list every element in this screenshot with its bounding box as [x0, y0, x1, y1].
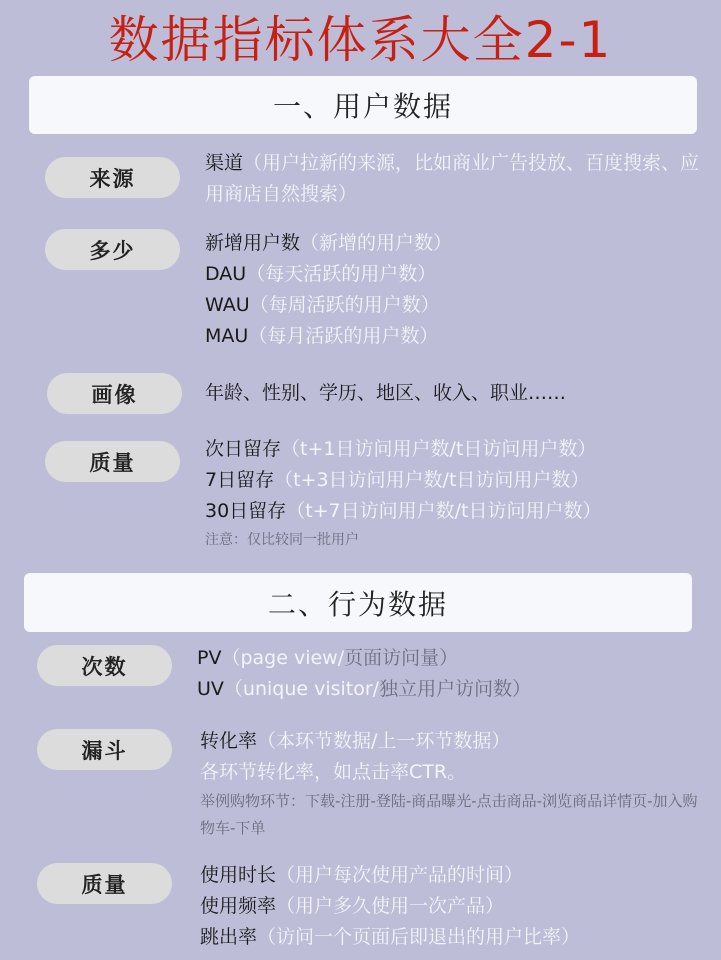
- metric-line: 年龄、性别、学历、地区、收入、职业……: [205, 378, 566, 409]
- metric-term: 使用频率: [200, 895, 276, 917]
- metric-description: （用户多久使用一次产品）: [276, 895, 504, 917]
- metric-description-en: （unique visitor/: [224, 678, 379, 700]
- metric-line: 转化率（本环节数据/上一环节数据）: [200, 726, 700, 757]
- metric-line: MAU（每月活跃的用户数）: [205, 321, 452, 352]
- category-pill-profile: 画像: [47, 373, 182, 414]
- pill-label: 多少: [90, 235, 136, 265]
- metric-description: （每天活跃的用户数）: [246, 263, 436, 285]
- category-pill-quality: 质量: [45, 441, 180, 482]
- metric-term: 渠道: [205, 152, 243, 174]
- category-pill-quality-behavior: 质量: [37, 863, 172, 904]
- metric-term: 跳出率: [200, 926, 257, 948]
- pill-label: 质量: [82, 869, 128, 899]
- metric-term: MAU: [205, 325, 248, 347]
- metric-line: 7日留存（t+3日访问用户数/t日访问用户数）: [205, 465, 602, 496]
- metric-term: 使用时长: [200, 864, 276, 886]
- metric-term: 30日留存: [205, 500, 286, 522]
- note-text: 举例购物环节：下载-注册-登陆-商品曝光-点击商品-浏览商品详情页-加入购物车-…: [200, 788, 700, 842]
- metric-description: （t+1日访问用户数/t日访问用户数）: [281, 438, 596, 460]
- pill-label: 质量: [90, 447, 136, 477]
- category-pill-funnel: 漏斗: [37, 729, 172, 770]
- metric-description: （用户拉新的来源，比如商业广告投放、百度搜索、应用商店自然搜索）: [205, 152, 699, 205]
- pill-label: 画像: [92, 379, 138, 409]
- section-header-user-data: 一、用户数据: [29, 76, 697, 134]
- metric-description-cn: 独立用户访问数）: [379, 678, 531, 700]
- metric-term: 转化率: [200, 730, 257, 752]
- metric-description: （新增的用户数）: [300, 232, 452, 254]
- metric-description-cn: 页面访问量）: [344, 647, 458, 669]
- group-source: 渠道（用户拉新的来源，比如商业广告投放、百度搜索、应用商店自然搜索）: [205, 148, 715, 210]
- metric-line: 使用时长（用户每次使用产品的时间）: [200, 860, 580, 891]
- metric-line: PV（page view/页面访问量）: [197, 643, 531, 674]
- group-usage-quality: 使用时长（用户每次使用产品的时间） 使用频率（用户多久使用一次产品） 跳出率（访…: [200, 860, 580, 953]
- group-funnel: 转化率（本环节数据/上一环节数据） 各环节转化率，如点击率CTR。 举例购物环节…: [200, 726, 700, 842]
- metric-description: （每月活跃的用户数）: [248, 325, 438, 347]
- metric-line: UV（unique visitor/独立用户访问数）: [197, 674, 531, 705]
- metric-description: （t+3日访问用户数/t日访问用户数）: [274, 469, 589, 491]
- metric-description: （本环节数据/上一环节数据）: [257, 730, 510, 752]
- section-header-behavior-data: 二、行为数据: [24, 573, 692, 632]
- metric-line: DAU（每天活跃的用户数）: [205, 259, 452, 290]
- section-header-label: 一、用户数据: [273, 85, 453, 125]
- note-text: 注意：仅比较同一批用户: [205, 527, 602, 553]
- metric-term: 新增用户数: [205, 232, 300, 254]
- metric-term: 次日留存: [205, 438, 281, 460]
- pill-label: 次数: [82, 651, 128, 681]
- metric-term: UV: [197, 678, 224, 700]
- category-pill-count: 次数: [37, 645, 172, 686]
- pill-label: 漏斗: [82, 735, 128, 765]
- metric-line: 渠道（用户拉新的来源，比如商业广告投放、百度搜索、应用商店自然搜索）: [205, 148, 715, 210]
- metric-description: （用户每次使用产品的时间）: [276, 864, 523, 886]
- metric-term: PV: [197, 647, 221, 669]
- metric-term: 年龄、性别、学历、地区、收入、职业……: [205, 382, 566, 404]
- metric-line: 次日留存（t+1日访问用户数/t日访问用户数）: [205, 434, 602, 465]
- category-pill-source: 来源: [45, 157, 180, 198]
- metric-line: 30日留存（t+7日访问用户数/t日访问用户数）: [205, 496, 602, 527]
- metric-description: （t+7日访问用户数/t日访问用户数）: [286, 500, 601, 522]
- metric-description: （访问一个页面后即退出的用户比率）: [257, 926, 580, 948]
- metric-term: 7日留存: [205, 469, 274, 491]
- group-retention: 次日留存（t+1日访问用户数/t日访问用户数） 7日留存（t+3日访问用户数/t…: [205, 434, 602, 553]
- metric-term: DAU: [205, 263, 246, 285]
- category-pill-quantity: 多少: [45, 229, 180, 270]
- metric-subline: 各环节转化率，如点击率CTR。: [200, 757, 700, 788]
- metric-description-en: （page view/: [221, 647, 344, 669]
- metric-line: 新增用户数（新增的用户数）: [205, 228, 452, 259]
- metric-description: （每周活跃的用户数）: [250, 294, 440, 316]
- group-count: PV（page view/页面访问量） UV（unique visitor/独立…: [197, 643, 531, 705]
- metric-term: WAU: [205, 294, 250, 316]
- group-quantity: 新增用户数（新增的用户数） DAU（每天活跃的用户数） WAU（每周活跃的用户数…: [205, 228, 452, 352]
- metric-line: 使用频率（用户多久使用一次产品）: [200, 891, 580, 922]
- group-profile: 年龄、性别、学历、地区、收入、职业……: [205, 378, 566, 409]
- pill-label: 来源: [90, 163, 136, 193]
- metric-line: WAU（每周活跃的用户数）: [205, 290, 452, 321]
- page-title: 数据指标体系大全2-1: [0, 8, 721, 72]
- section-header-label: 二、行为数据: [268, 583, 448, 623]
- metric-line: 跳出率（访问一个页面后即退出的用户比率）: [200, 922, 580, 953]
